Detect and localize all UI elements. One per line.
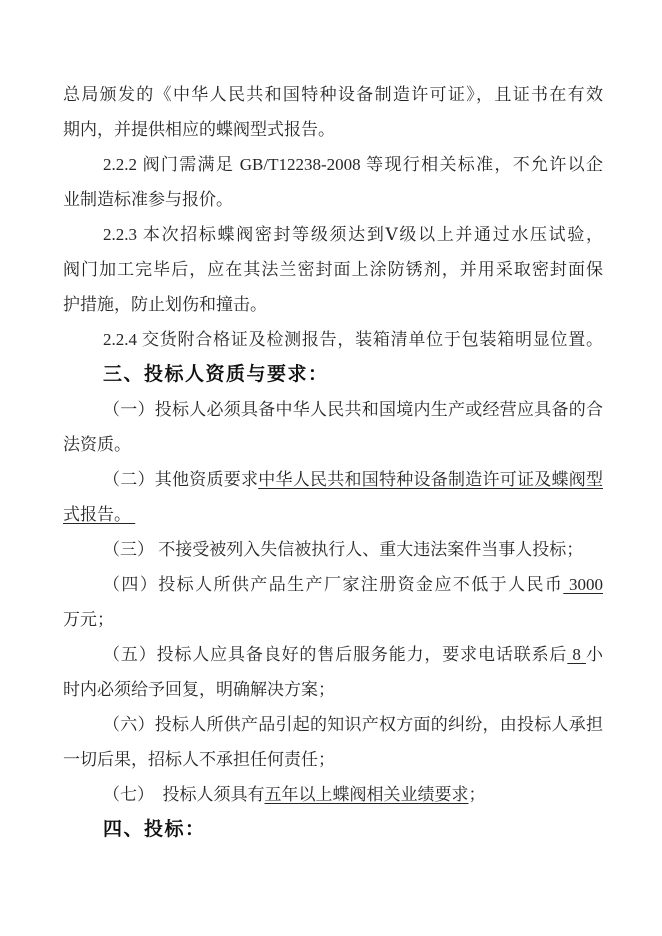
text-segment: 一切后果，招标人不承担任何责任； [63,750,335,769]
text-segment: 2.2.2 阀门需满足 GB/T12238-2008 等现行相关标准，不允许以企 [103,155,603,174]
clause-2-2-3-line-3: 护措施，防止划伤和撞击。 [63,287,603,322]
text-segment: 护措施，防止划伤和撞击。 [63,295,267,314]
line-continuation-2: 期内，并提供相应的蝶阀型式报告。 [63,112,603,147]
clause-2-2-4-line: 2.2.4 交货附合格证及检测报告，装箱清单位于包装箱明显位置。 [63,322,603,357]
underlined-value-3000: 3000 [563,575,603,594]
text-segment: 2.2.4 交货附合格证及检测报告，装箱清单位于包装箱明显位置。 [103,330,603,349]
item-6-line-1: （六）投标人所供产品引起的知识产权方面的纠纷，由投标人承担 [63,707,603,742]
underlined-text: 五年以上蝶阀相关业绩要求 [265,785,469,804]
line-continuation-1: 总局颁发的《中华人民共和国特种设备制造许可证》，且证书在有效 [63,77,603,112]
clause-2-2-2-line-2: 业制造标准参与报价。 [63,182,603,217]
item-5-line-2: 时内必须给予回复，明确解决方案； [63,672,603,707]
item-1-line-2: 法资质。 [63,427,603,462]
underlined-text: 式报告。 [63,505,135,524]
text-segment: 小 [586,645,603,664]
heading-text: 三、投标人资质与要求： [103,364,329,385]
item-2-line-2: 式报告。 [63,497,603,532]
text-segment: （二）其他资质要求 [103,470,258,489]
text-segment: 总局颁发的《中华人民共和国特种设备制造许可证》，且证书在有效 [63,85,603,104]
text-segment: 法资质。 [63,435,131,454]
item-6-line-2: 一切后果，招标人不承担任何责任； [63,742,603,777]
text-segment: 业制造标准参与报价。 [63,190,233,209]
item-3-line: （三） 不接受被列入失信被执行人、重大违法案件当事人投标； [63,532,603,567]
text-segment: 期内，并提供相应的蝶阀型式报告。 [63,120,335,139]
item-4-line-2: 万元； [63,602,603,637]
text-segment: （三） 不接受被列入失信被执行人、重大违法案件当事人投标； [103,540,583,559]
section-4-heading: 四、投标： [63,812,603,847]
text-segment: （五）投标人应具备良好的售后服务能力，要求电话联系后 [103,645,567,664]
text-segment: （七） 投标人须具有 [103,785,265,804]
clause-2-2-2-line-1: 2.2.2 阀门需满足 GB/T12238-2008 等现行相关标准，不允许以企 [63,147,603,182]
underlined-value-8: 8 [567,645,586,664]
text-segment: （一）投标人必须具备中华人民共和国境内生产或经营应具备的合 [103,400,603,419]
underlined-text: 中华人民共和国特种设备制造许可证及蝶阀型 [258,470,603,489]
item-4-line-1: （四）投标人所供产品生产厂家注册资金应不低于人民币 3000 [63,567,603,602]
section-3-heading: 三、投标人资质与要求： [63,357,603,392]
text-segment: ； [469,785,486,804]
text-segment: 2.2.3 本次招标蝶阀密封等级须达到Ⅴ级以上并通过水压试验， [103,225,603,244]
clause-2-2-3-line-2: 阀门加工完毕后，应在其法兰密封面上涂防锈剂，并用采取密封面保 [63,252,603,287]
item-1-line-1: （一）投标人必须具备中华人民共和国境内生产或经营应具备的合 [63,392,603,427]
item-2-line-1: （二）其他资质要求中华人民共和国特种设备制造许可证及蝶阀型 [63,462,603,497]
text-segment: （六）投标人所供产品引起的知识产权方面的纠纷，由投标人承担 [103,715,603,734]
heading-text: 四、投标： [103,819,206,840]
text-segment: 时内必须给予回复，明确解决方案； [63,680,335,699]
document-page: 总局颁发的《中华人民共和国特种设备制造许可证》，且证书在有效 期内，并提供相应的… [0,0,662,936]
clause-2-2-3-line-1: 2.2.3 本次招标蝶阀密封等级须达到Ⅴ级以上并通过水压试验， [63,217,603,252]
text-segment: （四）投标人所供产品生产厂家注册资金应不低于人民币 [103,575,563,594]
text-segment: 阀门加工完毕后，应在其法兰密封面上涂防锈剂，并用采取密封面保 [63,260,603,279]
item-7-line: （七） 投标人须具有五年以上蝶阀相关业绩要求； [63,777,603,812]
item-5-line-1: （五）投标人应具备良好的售后服务能力，要求电话联系后 8 小 [63,637,603,672]
text-segment: 万元； [63,610,114,629]
